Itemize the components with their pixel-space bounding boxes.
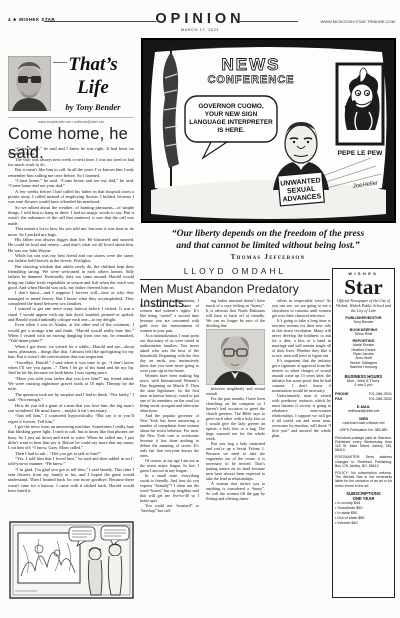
article-paragraph: You could use “mustard” or “ketchup” but… <box>140 503 199 513</box>
article-paragraph: That meant a lot to him, his son told me… <box>8 226 134 237</box>
quote-line1: “Our liberty depends on the freedom of t… <box>138 228 398 240</box>
column-title: That’s Life <box>52 53 134 99</box>
article-paragraph: “Come home,” he said. “Come home and see… <box>8 178 134 189</box>
article-paragraph: Of course, at my age I am not in the sex… <box>140 458 199 473</box>
phone-label: PHONE <box>335 392 349 396</box>
masthead-official-statement: Official Newspaper of the City of Wishek… <box>335 299 392 313</box>
article-paragraph: The question took me by surprise and I h… <box>8 392 134 403</box>
header-rule-right <box>240 21 298 22</box>
policy-notice: POLICY: No subscription refunds. The Wis… <box>335 471 392 488</box>
staff-names-bookkeeping: Dillon Real <box>335 332 392 336</box>
staff-names-publisher: Tony Bender <box>335 320 392 324</box>
omdahl-column-2-rest: between neighborly and sexual assault.Fo… <box>206 386 265 501</box>
svg-text:IS HERE.: IS HERE. <box>217 127 245 134</box>
issue-date: MARCH 17, 2021 <box>0 27 400 32</box>
article-paragraph: As a rationalization, I must point out t… <box>140 333 199 373</box>
phone-number: 701-286-3531 <box>368 392 392 396</box>
article-paragraph: But it wasn’t like him to call. In all t… <box>8 167 134 178</box>
author-contact-line: www.tonybender.net • redhead@drtel.net <box>8 117 134 124</box>
subscription-rates: • In county $45• Snowbirds $50• In state… <box>335 501 392 525</box>
article-paragraph: “Goodbye, Harold,” I said when it was ti… <box>8 360 134 376</box>
lloyd-omdahl-photo <box>206 329 265 385</box>
article-paragraph: selves in respectable ways? As you can s… <box>272 298 331 318</box>
periodical-notice: Periodical postage paid at Garrison. Pub… <box>335 436 392 453</box>
article-paragraph: It’s important that the initiator get a … <box>272 358 331 393</box>
article-paragraph: It’s going to take a long time to reorie… <box>272 318 331 358</box>
website-url: WWW.MCINTOSH-STAR-TRIBUNE.COM <box>320 19 395 24</box>
postmaster-notice: POSTMASTER: Send address changes to Redh… <box>335 455 392 468</box>
omdahl-rule <box>140 279 330 280</box>
omdahl-column-2: ing ladies mustard doesn’t have much of … <box>206 298 265 608</box>
article-paragraph: “Come home,” he said and I knew he was r… <box>8 146 134 157</box>
column-byline: by Tony Bender <box>52 102 134 112</box>
article-paragraph: between neighborly and sexual assault. <box>206 386 265 396</box>
desk-sign: UNWANTED SEXUAL ADVANCES <box>278 172 324 206</box>
jefferson-quote: “Our liberty depends on the freedom of t… <box>138 228 398 251</box>
editorial-cartoon: NEWS CONFERENCE GOVERNOR CUOMO, YOUR NEW… <box>141 38 396 223</box>
column-title-line1: That’s <box>52 53 134 76</box>
svg-text:NEWS: NEWS <box>222 55 281 74</box>
omdahl-column-3: selves in respectable ways? As you can s… <box>272 298 331 608</box>
article-paragraph: How do you tell a giant of a man that yo… <box>8 403 134 414</box>
article-paragraph: In a small state, everything social is f… <box>140 473 199 503</box>
subscription-rate: • Internet $40 <box>335 521 392 526</box>
article-body-come-home: “Come home,” he said and I knew he was r… <box>8 146 134 518</box>
svg-text:GOVERNOR CUOMO,: GOVERNOR CUOMO, <box>198 103 264 110</box>
phone-row: PHONE 701-286-3531 <box>335 392 392 396</box>
fax-row: FAX 701-286-3532 <box>335 397 392 401</box>
column-title-line2: Life <box>52 76 134 99</box>
article-paragraph: “Just tell him,” I counseled hypocritica… <box>8 413 134 424</box>
article-paragraph: ing ladies mustard doesn’t have much of … <box>206 298 265 328</box>
web-address: mcintosh-star-tribune.net <box>335 421 392 425</box>
business-hours-time: 9 am-2 pm <box>335 383 392 388</box>
quote-attribution: Thomas Jefferson <box>138 253 398 261</box>
article-paragraph: When I got there, we visited for a while… <box>8 344 134 360</box>
article-paragraph: “Yes. I told him that I loved him,” he s… <box>8 456 134 467</box>
inset-caption: PEPE LE PEW <box>338 150 383 157</box>
staff-names-reporting: Marie Dreske Heather Earles Ryan Jacobs … <box>335 343 392 369</box>
article-paragraph: “Have you told your father that you love… <box>8 376 134 392</box>
article-paragraph: But you hug a lady uninvited and you’re … <box>206 441 265 481</box>
fax-number: 701-286-3532 <box>368 397 392 401</box>
fax-label: FAX <box>335 397 342 401</box>
article-paragraph: While his son was my best friend and our… <box>8 253 134 264</box>
article-paragraph: As a reformed authoritarian, I have beco… <box>140 298 199 333</box>
article-paragraph: A woman that invites you to anything is … <box>206 481 265 501</box>
svg-text:YOUR NEW SIGN: YOUR NEW SIGN <box>205 111 258 118</box>
article-paragraph: “I’m glad. I’m glad you got to tell him,… <box>8 467 134 494</box>
svg-text:CONFERENCE: CONFERENCE <box>207 74 294 86</box>
article-paragraph: I wanted to get one more crazy haircut b… <box>8 306 134 322</box>
article-paragraph: Women have been making big news, with In… <box>140 373 199 413</box>
tony-bender-photo <box>8 56 51 111</box>
omdahl-byline: LLOYD OMDAHL <box>140 266 330 276</box>
article-paragraph: A few weeks before I had called his fath… <box>8 189 134 205</box>
omdahl-column-1: As a reformed authoritarian, I have beco… <box>140 298 199 608</box>
newspaper-opinion-page: 4 ★ WISHEK STAR OPINION MARCH 17, 2021 W… <box>0 0 400 618</box>
article-paragraph: But showing wisdom that adults rarely do… <box>8 264 134 291</box>
subscriptions-title: SUBSCRIPTIONS ONE YEAR <box>335 492 392 502</box>
article-paragraph: The visit was always next week or next t… <box>8 157 134 168</box>
pepe-le-pew-inset: PEPE LE PEW <box>337 64 383 157</box>
masthead-box: WISHEK Star Official Newspaper of the Ci… <box>332 268 395 598</box>
bottom-comic-panel <box>9 521 134 601</box>
quote-line2: and that cannot be limited without being… <box>138 240 398 252</box>
svg-text:LANGUAGE INTERPRETER: LANGUAGE INTERPRETER <box>189 119 273 126</box>
article-paragraph: Even when I was in Alaska, at the other … <box>8 322 134 343</box>
article-paragraph: I got the news from an answering machine… <box>8 424 134 451</box>
email-address: redhead@drtel.net <box>335 409 392 413</box>
article-paragraph: And the popular governor of New York has… <box>140 413 199 458</box>
article-paragraph: For the past months, I have been churchi… <box>206 396 265 441</box>
masthead-name: Star <box>335 277 392 297</box>
article-paragraph: So we talked about the weather, of hunti… <box>8 205 134 226</box>
usps-line: USPS Publication No. 385-580 <box>335 428 392 432</box>
article-paragraph: Unfortunately, man is vested with predat… <box>272 393 331 438</box>
article-paragraph: I don’t know—and I suppose I forever wil… <box>8 290 134 306</box>
article-paragraph: His father was always bigger than life. … <box>8 237 134 253</box>
